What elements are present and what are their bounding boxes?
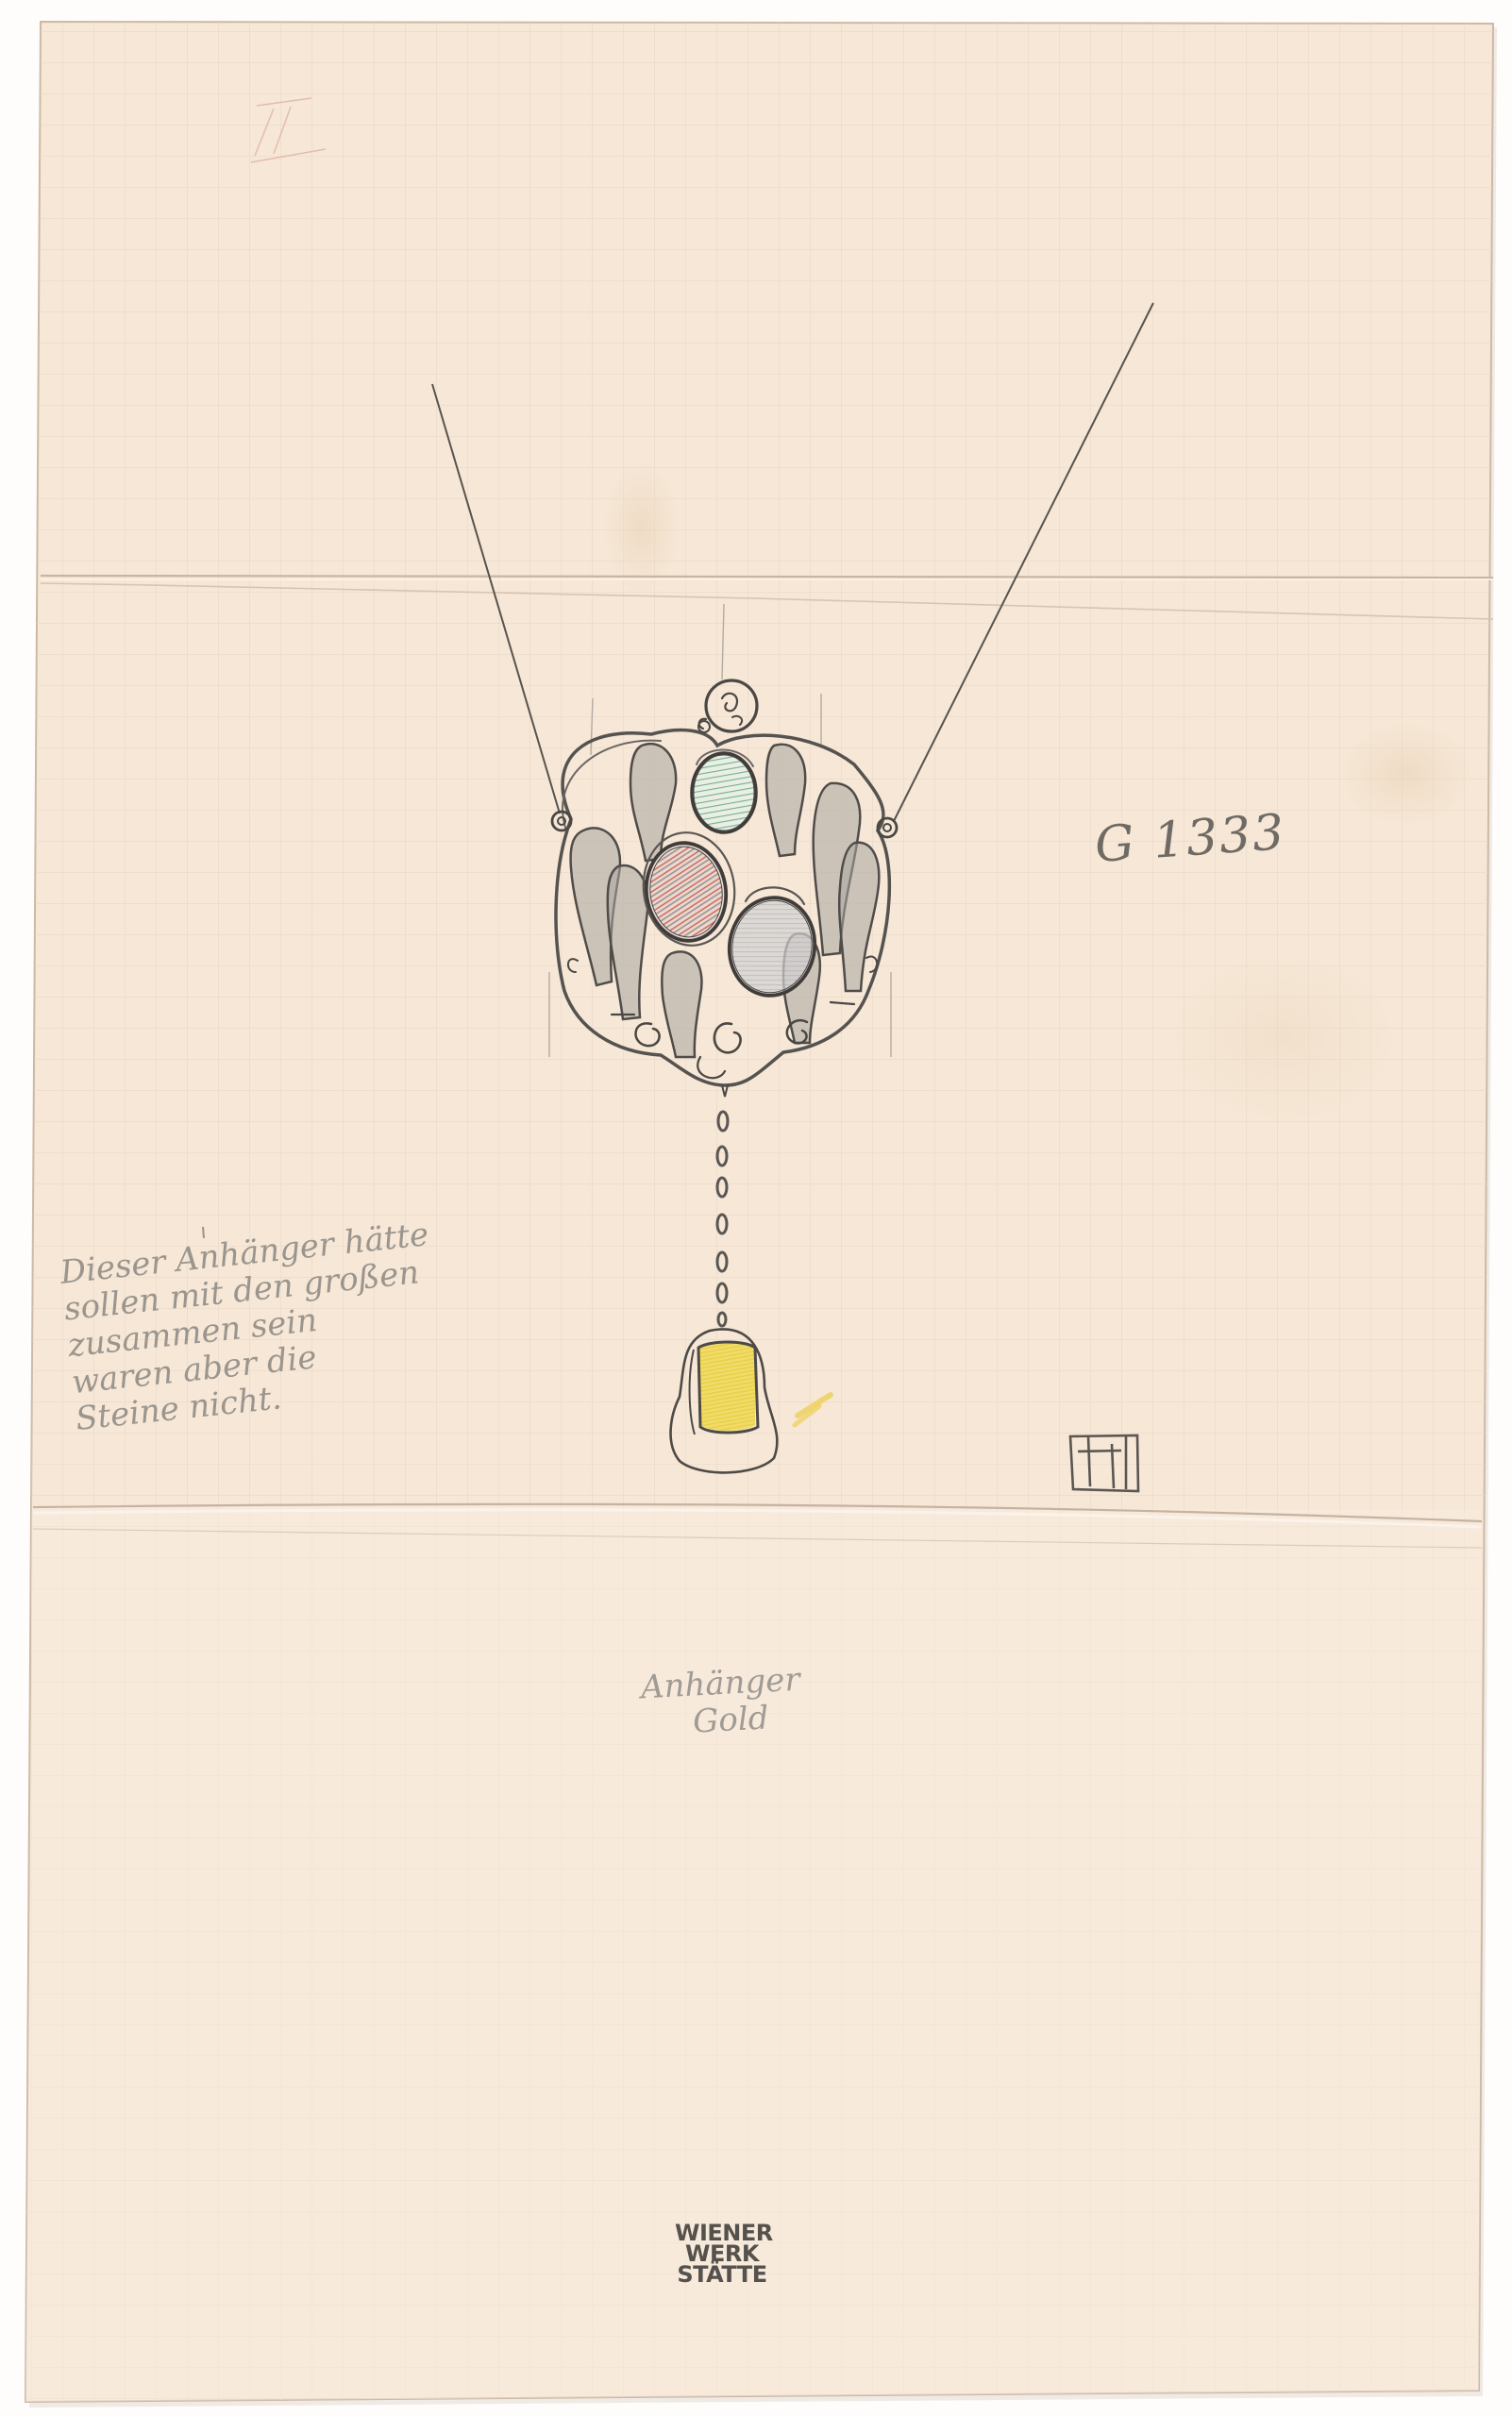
handwritten-note-center: AnhängerGold <box>640 1662 803 1744</box>
wiener-werkstaette-stamp: WIENER WERK STÄTTE <box>675 2223 769 2285</box>
stamp-line: STÄTTE <box>675 2264 769 2285</box>
handwritten-note-left: Dieser Anhänger hättesollen mit den groß… <box>59 1216 445 1438</box>
document-sheet: G 1333 Dieser Anhänger hättesollen mit d… <box>0 0 1512 2416</box>
sketch-drawing <box>0 0 1512 2416</box>
